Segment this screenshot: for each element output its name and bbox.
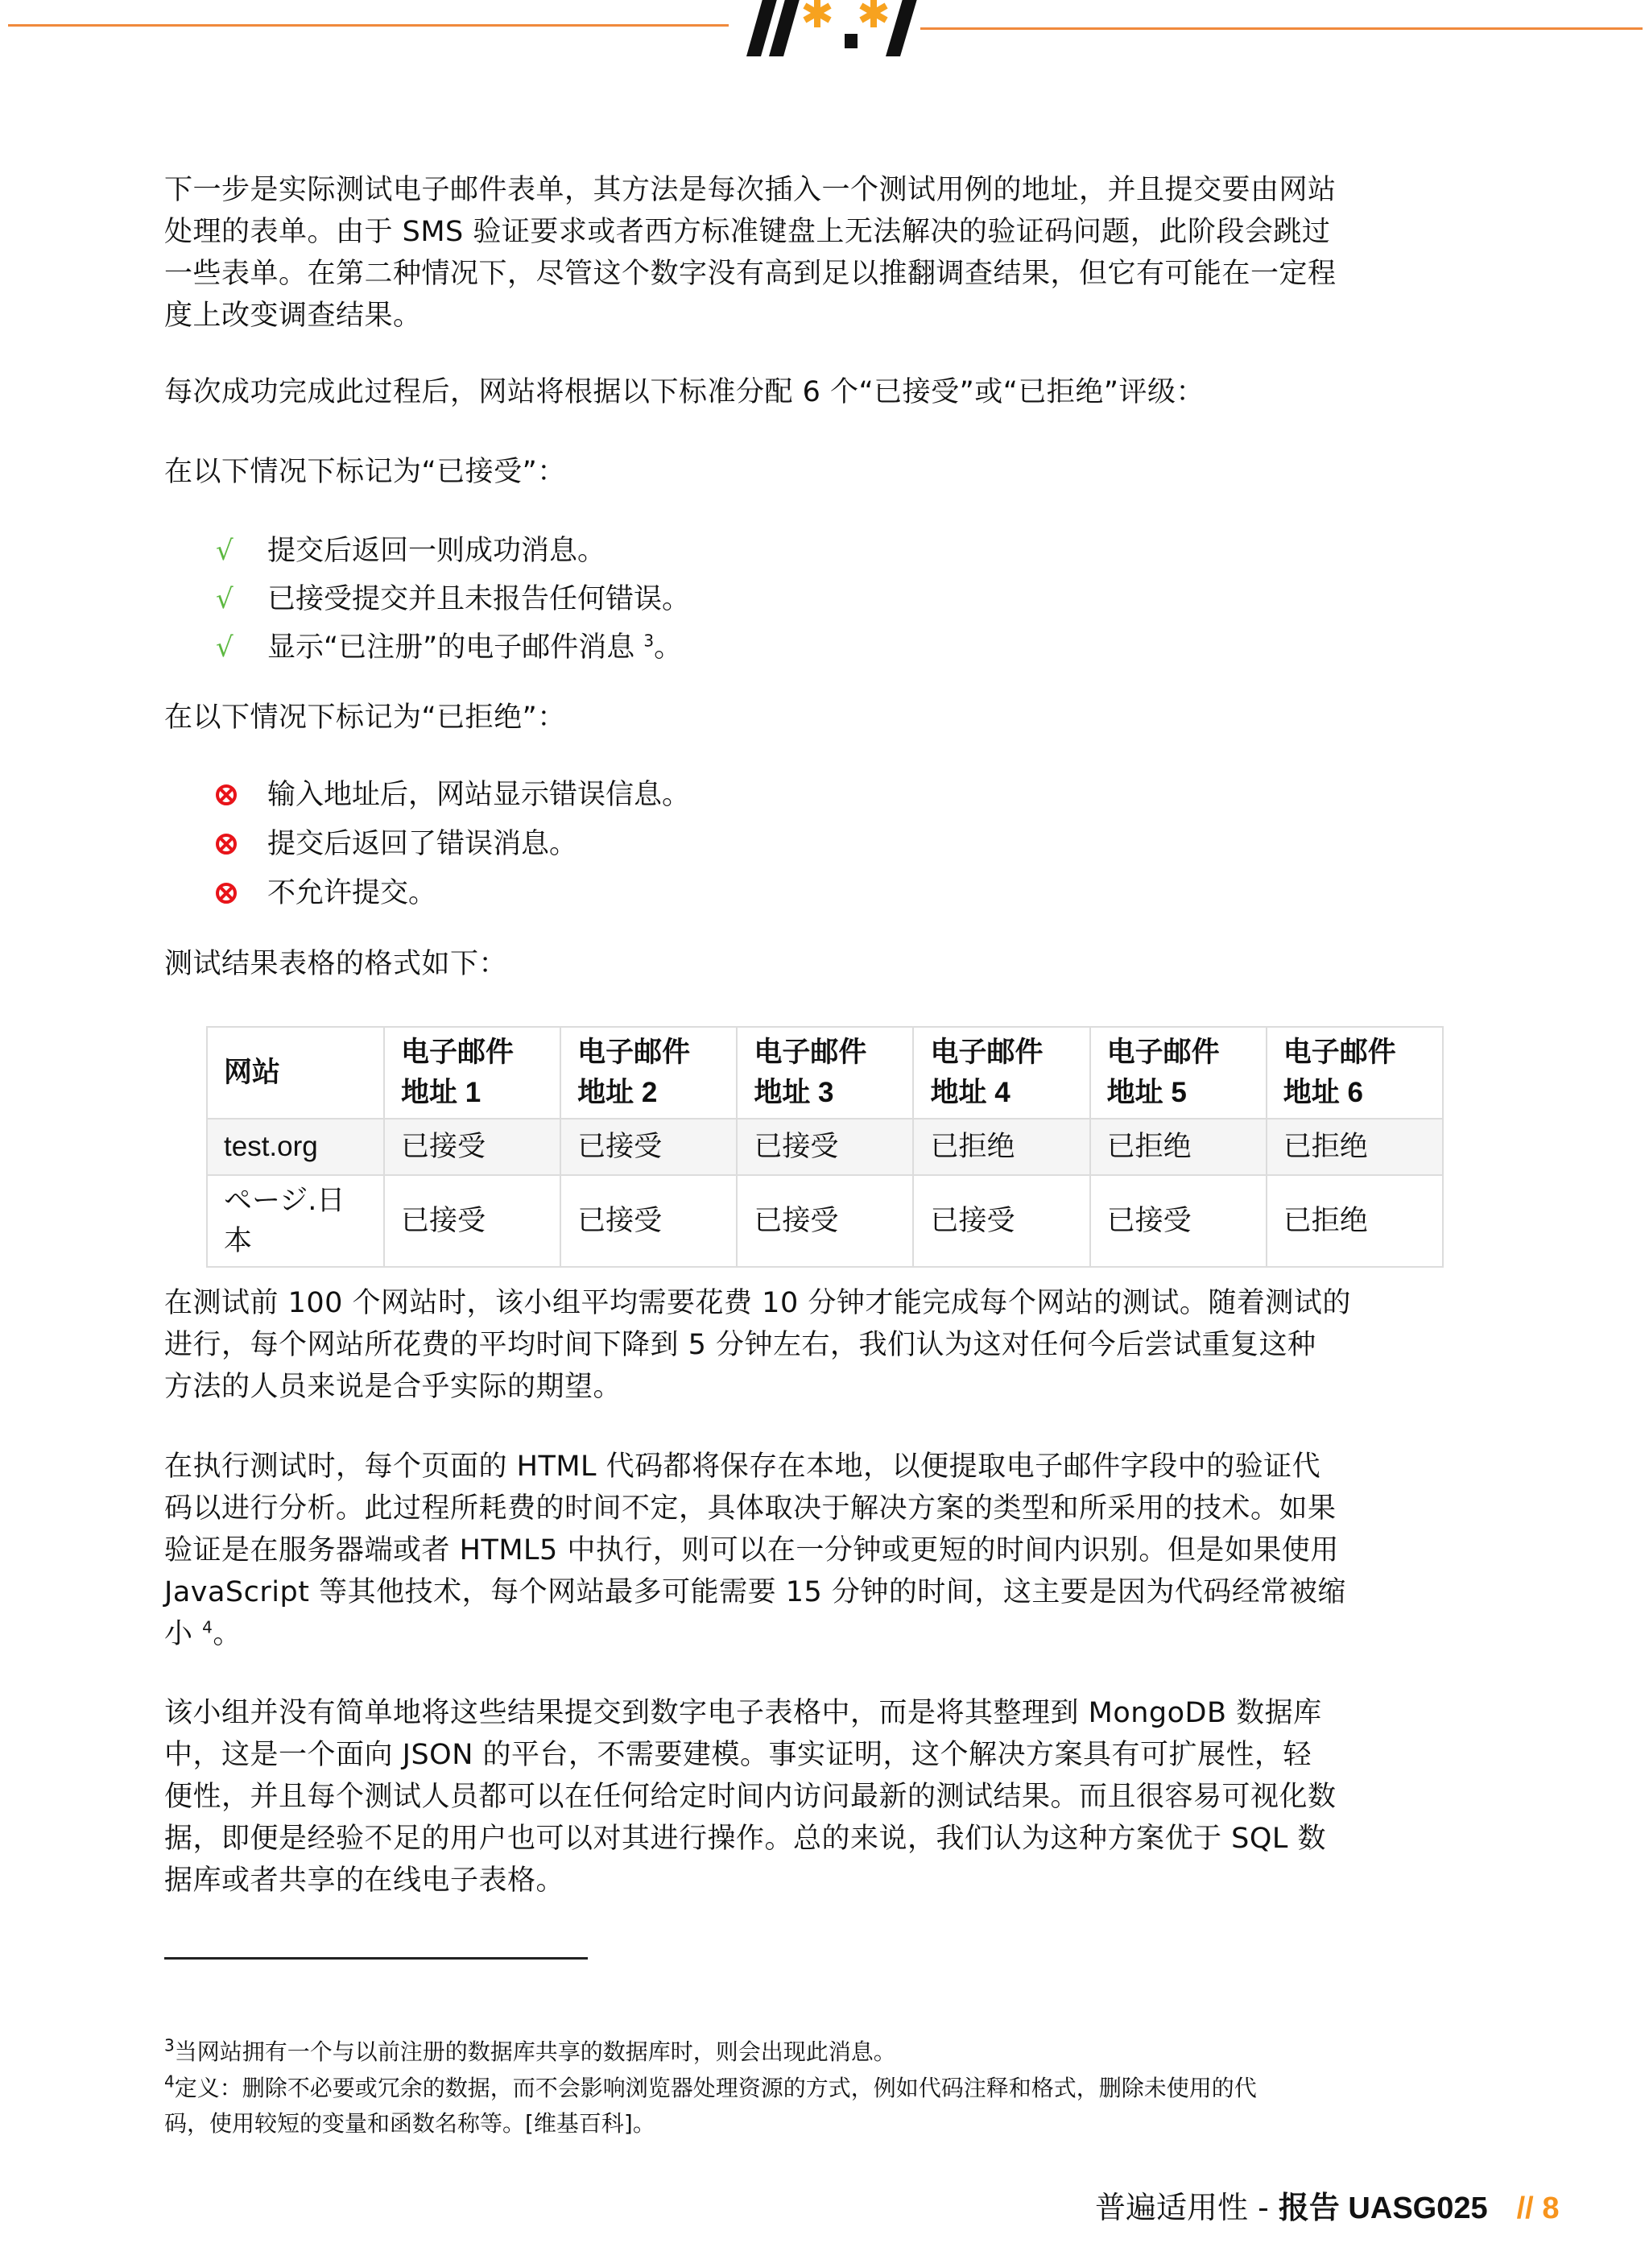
- list-item-suffix: 。: [654, 631, 682, 664]
- paragraph-line: 小 4。: [164, 1613, 1493, 1655]
- footnote-number: 4: [164, 2072, 175, 2092]
- result-cell: 已接受: [737, 1119, 913, 1175]
- header-text: 地址 2: [577, 1073, 720, 1113]
- page-footer: 普遍适用性 - 报告 UASG025// 8: [1095, 2183, 1559, 2227]
- accepted-heading: 在以下情况下标记为“已接受”：: [164, 451, 1493, 493]
- header-text: 地址 3: [754, 1073, 896, 1113]
- paragraph-suffix: 。: [213, 1618, 242, 1650]
- rejected-list-item: 不允许提交。: [216, 872, 436, 914]
- rejected-list-item: 输入地址后，网站显示错误信息。: [216, 774, 690, 816]
- results-table: 网站 电子邮件地址 1 电子邮件地址 2 电子邮件地址 3 电子邮件地址 4 电…: [206, 1026, 1444, 1268]
- list-item-text: 输入地址后，网站显示错误信息。: [267, 779, 690, 811]
- column-header: 电子邮件地址 3: [737, 1027, 913, 1119]
- result-cell: 已接受: [560, 1175, 737, 1267]
- rejected-list-item: 提交后返回了错误消息。: [216, 823, 577, 865]
- page-number-value: 8: [1542, 2191, 1559, 2225]
- paragraph-2: 每次成功完成此过程后，网站将根据以下标准分配 6 个“已接受”或“已拒绝”评级：: [164, 371, 1493, 413]
- header-text: 地址 4: [930, 1073, 1072, 1113]
- header-text: 地址 1: [401, 1073, 543, 1113]
- paragraph-line: 据，即便是经验不足的用户也可以对其进行操作。总的来说，我们认为这种方案优于 SQ…: [164, 1818, 1493, 1860]
- header-rule-left: [8, 24, 729, 27]
- accepted-list-item: √显示“已注册”的电子邮件消息 3。: [216, 627, 682, 668]
- header-text: 电子邮件: [930, 1033, 1072, 1073]
- column-header: 电子邮件地址 5: [1090, 1027, 1267, 1119]
- paragraph-line: 验证是在服务器端或者 HTML5 中执行，则可以在一分钟或更短的时间内识别。但是…: [164, 1529, 1493, 1571]
- page-prefix: //: [1517, 2191, 1534, 2225]
- result-cell: 已拒绝: [1267, 1175, 1443, 1267]
- paragraph-line: 一些表单。在第二种情况下，尽管这个数字没有高到足以推翻调查结果，但它有可能在一定…: [164, 253, 1493, 295]
- footnote-ref[interactable]: 3: [643, 631, 654, 650]
- list-item-text: 已接受提交并且未报告任何错误。: [267, 583, 690, 615]
- list-item-text: 显示“已注册”的电子邮件消息: [267, 631, 634, 664]
- table-header-row: 网站 电子邮件地址 1 电子邮件地址 2 电子邮件地址 3 电子邮件地址 4 电…: [207, 1027, 1443, 1119]
- result-cell: 已拒绝: [1267, 1119, 1443, 1175]
- result-cell: 已接受: [737, 1175, 913, 1267]
- result-cell: 已接受: [913, 1175, 1089, 1267]
- accepted-list-item: √提交后返回一则成功消息。: [216, 530, 605, 572]
- header-text: 地址 6: [1283, 1073, 1426, 1113]
- column-header: 网站: [207, 1027, 384, 1119]
- header-rule-right: [920, 27, 1643, 30]
- paragraph-line: 便性，并且每个测试人员都可以在任何给定时间内访问最新的测试结果。而且很容易可视化…: [164, 1776, 1493, 1818]
- paragraph-line: 码以进行分析。此过程所耗费的时间不定，具体取决于解决方案的类型和所采用的技术。如…: [164, 1488, 1493, 1529]
- result-cell: 已拒绝: [913, 1119, 1089, 1175]
- header-text: 地址 5: [1107, 1073, 1250, 1113]
- paragraph-line: JavaScript 等其他技术，每个网站最多可能需要 15 分钟的时间，这主要…: [164, 1571, 1493, 1613]
- table-intro: 测试结果表格的格式如下：: [164, 943, 1493, 985]
- result-cell: 已接受: [384, 1119, 560, 1175]
- rejected-heading: 在以下情况下标记为“已拒绝”：: [164, 697, 1493, 739]
- check-icon: √: [216, 530, 267, 572]
- paragraph-line: 进行，每个网站所花费的平均时间下降到 5 分钟左右，我们认为这对任何今后尝试重复…: [164, 1324, 1493, 1366]
- paragraph-line: 下一步是实际测试电子邮件表单，其方法是每次插入一个测试用例的地址，并且提交要由网…: [164, 169, 1493, 211]
- paragraph-line: 在执行测试时，每个页面的 HTML 代码都将保存在本地，以便提取电子邮件字段中的…: [164, 1446, 1493, 1488]
- result-cell: 已接受: [1090, 1175, 1267, 1267]
- page-number: // 8: [1517, 2191, 1560, 2225]
- paragraph-line: 方法的人员来说是合乎实际的期望。: [164, 1366, 1493, 1408]
- paragraph-line: 在测试前 100 个网站时，该小组平均需要花费 10 分钟才能完成每个网站的测试…: [164, 1282, 1493, 1324]
- footnote-3: 3当网站拥有一个与以前注册的数据库共享的数据库时，则会出现此消息。: [164, 2034, 1493, 2070]
- column-header: 电子邮件地址 6: [1267, 1027, 1443, 1119]
- paragraph-line: 据库或者共享的在线电子表格。: [164, 1860, 1493, 1902]
- check-icon: √: [216, 627, 267, 668]
- table-row: ページ.日本 已接受 已接受 已接受 已接受 已接受 已拒绝: [207, 1175, 1443, 1267]
- site-cell: test.org: [207, 1119, 384, 1175]
- column-header: 电子邮件地址 4: [913, 1027, 1089, 1119]
- header-text: 电子邮件: [1107, 1033, 1250, 1073]
- paragraph-line: 中，这是一个面向 JSON 的平台，不需要建模。事实证明，这个解决方案具有可扩展…: [164, 1734, 1493, 1776]
- circled-x-icon: [216, 784, 237, 805]
- footnote-4: 4定义：删除不必要或冗余的数据，而不会影响浏览器处理资源的方式，例如代码注释和格…: [164, 2071, 1493, 2142]
- accepted-list-item: √已接受提交并且未报告任何错误。: [216, 578, 690, 620]
- paragraph-5: 该小组并没有简单地将这些结果提交到数字电子表格中，而是将其整理到 MongoDB…: [164, 1692, 1493, 1902]
- footnote-text: 码，使用较短的变量和函数名称等。[维基百科]。: [164, 2106, 1493, 2142]
- site-cell: ページ.日本: [207, 1175, 384, 1267]
- header-text: 电子邮件: [577, 1033, 720, 1073]
- footnote-text: 当网站拥有一个与以前注册的数据库共享的数据库时，则会出现此消息。: [175, 2038, 896, 2065]
- paragraph-1: 下一步是实际测试电子邮件表单，其方法是每次插入一个测试用例的地址，并且提交要由网…: [164, 169, 1493, 337]
- result-cell: 已拒绝: [1090, 1119, 1267, 1175]
- regex-logo-icon: [729, 0, 922, 58]
- circled-x-icon: [216, 834, 237, 855]
- check-icon: √: [216, 578, 267, 620]
- list-item-text: 提交后返回一则成功消息。: [267, 535, 605, 567]
- result-cell: 已接受: [560, 1119, 737, 1175]
- footer-report-id: 报告 UASG025: [1279, 2191, 1488, 2225]
- list-item-text: 提交后返回了错误消息。: [267, 828, 577, 860]
- circled-x-icon: [216, 883, 237, 904]
- header-text: 电子邮件: [754, 1033, 896, 1073]
- result-cell: 已接受: [384, 1175, 560, 1267]
- paragraph-3: 在测试前 100 个网站时，该小组平均需要花费 10 分钟才能完成每个网站的测试…: [164, 1282, 1493, 1408]
- footnote-number: 3: [164, 2036, 175, 2055]
- footnote-divider: [164, 1957, 588, 1960]
- paragraph-line: 该小组并没有简单地将这些结果提交到数字电子表格中，而是将其整理到 MongoDB…: [164, 1692, 1493, 1734]
- footer-title: 普遍适用性 -: [1095, 2190, 1279, 2225]
- column-header: 电子邮件地址 2: [560, 1027, 737, 1119]
- column-header: 电子邮件地址 1: [384, 1027, 560, 1119]
- paragraph-4: 在执行测试时，每个页面的 HTML 代码都将保存在本地，以便提取电子邮件字段中的…: [164, 1446, 1493, 1655]
- footnote-text: 定义：删除不必要或冗余的数据，而不会影响浏览器处理资源的方式，例如代码注释和格式…: [175, 2075, 1257, 2101]
- list-item-text: 不允许提交。: [267, 877, 436, 909]
- header-text: 电子邮件: [401, 1033, 543, 1073]
- paragraph-line: 处理的表单。由于 SMS 验证要求或者西方标准键盘上无法解决的验证码问题，此阶段…: [164, 211, 1493, 253]
- paragraph-text: 小: [164, 1618, 193, 1650]
- paragraph-line: 度上改变调查结果。: [164, 295, 1493, 337]
- header-text: 网站: [224, 1057, 280, 1089]
- footnote-ref[interactable]: 4: [202, 1617, 213, 1637]
- table-row: test.org 已接受 已接受 已接受 已拒绝 已拒绝 已拒绝: [207, 1119, 1443, 1175]
- header-text: 电子邮件: [1283, 1033, 1426, 1073]
